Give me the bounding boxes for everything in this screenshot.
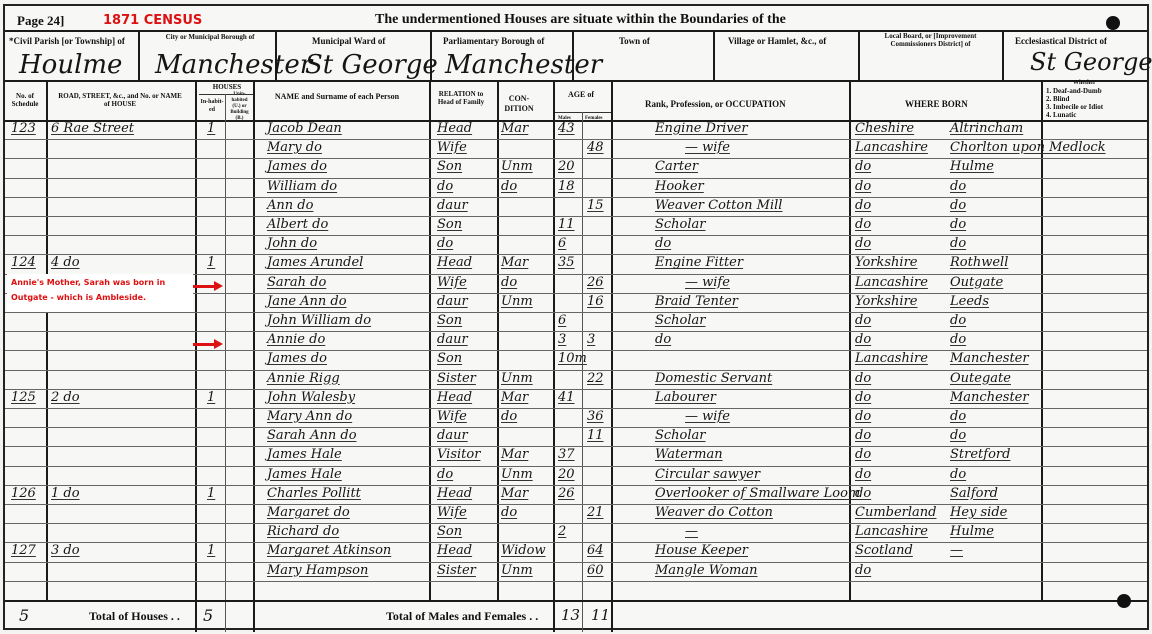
cell-relation: Head: [437, 255, 472, 270]
boundary-banner: The undermentioned Houses are situate wi…: [375, 12, 786, 28]
cell-occupation: — wife: [685, 140, 730, 155]
cell-relation: do: [437, 236, 453, 251]
cell-county: Lancashire: [855, 275, 928, 290]
cell-place: Salford: [950, 486, 998, 501]
cell-female: 16: [587, 294, 604, 309]
cell-place: do: [950, 313, 966, 328]
district-label-borough: City or Municipal Borough of: [155, 33, 265, 41]
cell-female: 15: [587, 198, 604, 213]
cell-place: do: [950, 332, 966, 347]
cell-schedule: 123: [11, 121, 36, 136]
cell-relation: do: [437, 467, 453, 482]
cell-inhabited: 1: [207, 121, 215, 136]
cell-name: James do: [267, 351, 327, 366]
cell-county: do: [855, 486, 871, 501]
cell-road: 4 do: [51, 255, 80, 270]
punch-hole: [1106, 16, 1120, 30]
cell-female: 21: [587, 505, 604, 520]
cell-name: James do: [267, 159, 327, 174]
cell-county: do: [855, 371, 871, 386]
cell-condition: Unm: [501, 159, 533, 174]
cell-male: 18: [558, 179, 575, 194]
cell-relation: Sister: [437, 371, 476, 386]
cell-name: Sarah do: [267, 275, 326, 290]
cell-place: Stretford: [950, 447, 1010, 462]
cell-name: Ann do: [267, 198, 313, 213]
cell-occupation: Braid Tenter: [655, 294, 738, 309]
cell-relation: daur: [437, 294, 468, 309]
cell-occupation: Carter: [655, 159, 698, 174]
cell-occupation: Scholar: [655, 428, 706, 443]
cell-relation: Son: [437, 217, 462, 232]
cell-county: Lancashire: [855, 351, 928, 366]
cell-name: Jane Ann do: [267, 294, 347, 309]
cell-place: Hulme: [950, 524, 994, 539]
total-houses-value: 5: [203, 606, 213, 625]
cell-road: 3 do: [51, 543, 80, 558]
cell-occupation: Weaver do Cotton: [655, 505, 773, 520]
col-name: NAME and Surname of each Person: [267, 92, 407, 102]
total-females: 11: [591, 606, 610, 624]
cell-occupation: Domestic Servant: [655, 371, 772, 386]
cell-county: do: [855, 447, 871, 462]
cell-condition: Unm: [501, 563, 533, 578]
cell-name: James Arundel: [267, 255, 363, 270]
cell-county: do: [855, 217, 871, 232]
cell-female: 48: [587, 140, 604, 155]
cell-county: do: [855, 236, 871, 251]
cell-condition: Unm: [501, 371, 533, 386]
cell-county: Yorkshire: [855, 294, 917, 309]
cell-relation: daur: [437, 428, 468, 443]
cell-place: do: [950, 236, 966, 251]
cell-relation: Head: [437, 486, 472, 501]
cell-county: do: [855, 159, 871, 174]
cell-male: 3: [558, 332, 566, 347]
cell-male: 20: [558, 159, 575, 174]
cell-female: 26: [587, 275, 604, 290]
cell-place: Outgate: [950, 275, 1003, 290]
col-uninhabited: Unin-habited (U.) or Building (B.): [227, 92, 252, 122]
cell-county: do: [855, 428, 871, 443]
cell-relation: Visitor: [437, 447, 480, 462]
cell-relation: Wife: [437, 505, 467, 520]
col-age: AGE of: [561, 90, 601, 100]
cell-condition: Mar: [501, 255, 528, 270]
cell-county: do: [855, 313, 871, 328]
cell-male: 43: [558, 121, 575, 136]
cell-road: 1 do: [51, 486, 80, 501]
cell-occupation: — wife: [685, 409, 730, 424]
district-value-parish: Houlme: [19, 50, 122, 80]
cell-county: Lancashire: [855, 524, 928, 539]
cell-county: Lancashire: [855, 140, 928, 155]
cell-inhabited: 1: [207, 486, 215, 501]
col-houses: HOUSES: [201, 83, 253, 91]
cell-relation: Son: [437, 159, 462, 174]
cell-inhabited: 1: [207, 543, 215, 558]
cell-condition: do: [501, 275, 517, 290]
cell-relation: Sister: [437, 563, 476, 578]
annotation-line-2: Outgate - which is Ambleside.: [11, 293, 146, 302]
cell-occupation: — wife: [685, 275, 730, 290]
cell-condition: Mar: [501, 486, 528, 501]
cell-schedule: 124: [11, 255, 36, 270]
district-label-ward: Municipal Ward of: [312, 36, 385, 46]
cell-condition: Mar: [501, 390, 528, 405]
cell-female: 36: [587, 409, 604, 424]
cell-male: 6: [558, 313, 566, 328]
cell-occupation: Engine Fitter: [655, 255, 743, 270]
cell-name: Margaret do: [267, 505, 350, 520]
cell-occupation: do: [655, 236, 671, 251]
district-label-town: Town of: [619, 36, 650, 46]
cell-condition: Widow: [501, 543, 546, 558]
cell-relation: Wife: [437, 140, 467, 155]
cell-place: Chorlton upon Medlock: [950, 140, 1106, 155]
cell-male: 35: [558, 255, 575, 270]
cell-occupation: House Keeper: [655, 543, 748, 558]
district-label-ecclesiastical: Ecclesiastical District of: [1015, 36, 1107, 46]
cell-male: 26: [558, 486, 575, 501]
cell-place: do: [950, 179, 966, 194]
district-label-parish: *Civil Parish [or Township] of: [9, 36, 125, 46]
cell-place: Outegate: [950, 371, 1011, 386]
cell-occupation: Labourer: [655, 390, 716, 405]
cell-relation: Head: [437, 543, 472, 558]
cell-name: Albert do: [267, 217, 328, 232]
cell-schedule: 125: [11, 390, 36, 405]
cell-occupation: Circular sawyer: [655, 467, 760, 482]
annotation-title: 1871 CENSUS: [103, 13, 202, 28]
cell-schedule: 126: [11, 486, 36, 501]
district-value-ecclesiastical: St Georges: [1030, 48, 1152, 76]
cell-name: Mary Ann do: [267, 409, 352, 424]
cell-county: do: [855, 409, 871, 424]
cell-condition: do: [501, 505, 517, 520]
district-label-village: Village or Hamlet, &c., of: [728, 36, 826, 46]
cell-name: Mary Hampson: [267, 563, 368, 578]
col-infirmity-title: Whether: [1073, 80, 1096, 86]
col-road: ROAD, STREET, &c., and No. or NAME of HO…: [55, 92, 185, 108]
cell-female: 22: [587, 371, 604, 386]
cell-county: Cumberland: [855, 505, 936, 520]
cell-relation: Wife: [437, 409, 467, 424]
cell-place: Rothwell: [950, 255, 1008, 270]
cell-name: John Walesby: [267, 390, 355, 405]
cell-condition: do: [501, 409, 517, 424]
total-houses-count: 5: [19, 606, 29, 625]
cell-occupation: Scholar: [655, 313, 706, 328]
cell-county: do: [855, 198, 871, 213]
cell-condition: Unm: [501, 467, 533, 482]
cell-male: 6: [558, 236, 566, 251]
col-inhabited: In-habit-ed: [200, 98, 224, 114]
cell-male: 10m: [558, 351, 587, 366]
cell-inhabited: 1: [207, 390, 215, 405]
cell-schedule: 127: [11, 543, 36, 558]
cell-place: do: [950, 467, 966, 482]
cell-name: John William do: [267, 313, 371, 328]
cell-place: Manchester: [950, 351, 1029, 366]
district-value-borough: Manchester: [155, 50, 312, 80]
punch-hole-bottom: [1117, 594, 1131, 608]
cell-name: James Hale: [267, 447, 342, 462]
cell-condition: Mar: [501, 447, 528, 462]
cell-relation: daur: [437, 332, 468, 347]
cell-occupation: Scholar: [655, 217, 706, 232]
cell-condition: do: [501, 179, 517, 194]
district-value-ward: St George: [305, 50, 438, 80]
cell-place: Hey side: [950, 505, 1007, 520]
cell-county: do: [855, 332, 871, 347]
cell-male: 20: [558, 467, 575, 482]
cell-male: 41: [558, 390, 575, 405]
cell-county: do: [855, 467, 871, 482]
cell-name: Richard do: [267, 524, 339, 539]
cell-female: 60: [587, 563, 604, 578]
cell-name: Annie do: [267, 332, 325, 347]
cell-occupation: Mangle Woman: [655, 563, 758, 578]
col-condition: CON-DITION: [499, 94, 539, 114]
cell-name: Margaret Atkinson: [267, 543, 391, 558]
cell-male: 11: [558, 217, 575, 232]
cell-county: Scotland: [855, 543, 913, 558]
cell-county: do: [855, 563, 871, 578]
cell-female: 11: [587, 428, 604, 443]
cell-county: Yorkshire: [855, 255, 917, 270]
cell-name: Sarah Ann do: [267, 428, 357, 443]
district-label-parliamentary: Parliamentary Borough of: [443, 36, 544, 46]
total-males: 13: [561, 606, 580, 624]
cell-name: William do: [267, 179, 337, 194]
cell-male: 2: [558, 524, 566, 539]
annotation-line-1: Annie's Mother, Sarah was born in: [11, 278, 165, 287]
cell-occupation: Weaver Cotton Mill: [655, 198, 782, 213]
col-where-born: WHERE BORN: [905, 99, 968, 109]
cell-place: Hulme: [950, 159, 994, 174]
cell-relation: do: [437, 179, 453, 194]
cell-occupation: Hooker: [655, 179, 704, 194]
cell-condition: Mar: [501, 121, 528, 136]
col-schedule: No. of Schedule: [8, 92, 42, 108]
cell-male: 37: [558, 447, 575, 462]
cell-occupation: Engine Driver: [655, 121, 748, 136]
cell-relation: Son: [437, 524, 462, 539]
cell-occupation: —: [685, 524, 698, 539]
cell-place: —: [950, 543, 963, 558]
cell-county: Cheshire: [855, 121, 914, 136]
cell-name: John do: [267, 236, 317, 251]
census-page: Page 24] 1871 CENSUS The undermentioned …: [3, 4, 1149, 630]
cell-occupation: Waterman: [655, 447, 723, 462]
arrow-sarah-icon: [193, 285, 219, 288]
district-label-local-board: Local Board, or [Improvement Commissione…: [863, 32, 998, 48]
cell-relation: Son: [437, 351, 462, 366]
cell-place: Manchester: [950, 390, 1029, 405]
col-occupation: Rank, Profession, or OCCUPATION: [645, 99, 786, 109]
cell-female: 64: [587, 543, 604, 558]
cell-road: 6 Rae Street: [51, 121, 134, 136]
cell-relation: Son: [437, 313, 462, 328]
cell-condition: Unm: [501, 294, 533, 309]
cell-name: Annie Rigg: [267, 371, 340, 386]
col-infirmity-list: 1. Deaf-and-Dumb 2. Blind 3. Imbecile or…: [1046, 87, 1103, 119]
cell-name: Mary do: [267, 140, 322, 155]
cell-relation: Wife: [437, 275, 467, 290]
cell-place: do: [950, 409, 966, 424]
cell-occupation: Overlooker of Smallware Loom: [655, 486, 860, 501]
arrow-annie-icon: [193, 343, 219, 346]
total-houses-label: Total of Houses . .: [89, 609, 180, 624]
cell-county: do: [855, 179, 871, 194]
cell-county: do: [855, 390, 871, 405]
cell-name: James Hale: [267, 467, 342, 482]
district-value-parliamentary: Manchester: [445, 50, 602, 80]
total-persons-label: Total of Males and Females . .: [386, 609, 538, 624]
cell-relation: daur: [437, 198, 468, 213]
col-relation: RELATION to Head of Family: [435, 90, 487, 106]
cell-place: do: [950, 217, 966, 232]
cell-place: do: [950, 198, 966, 213]
cell-place: Altrincham: [950, 121, 1023, 136]
cell-road: 2 do: [51, 390, 80, 405]
cell-inhabited: 1: [207, 255, 215, 270]
cell-relation: Head: [437, 121, 472, 136]
cell-relation: Head: [437, 390, 472, 405]
cell-place: Leeds: [950, 294, 989, 309]
cell-name: Jacob Dean: [267, 121, 342, 136]
cell-name: Charles Pollitt: [267, 486, 361, 501]
cell-place: do: [950, 428, 966, 443]
cell-female: 3: [587, 332, 595, 347]
cell-occupation: do: [655, 332, 671, 347]
page-number: Page 24]: [17, 13, 64, 29]
